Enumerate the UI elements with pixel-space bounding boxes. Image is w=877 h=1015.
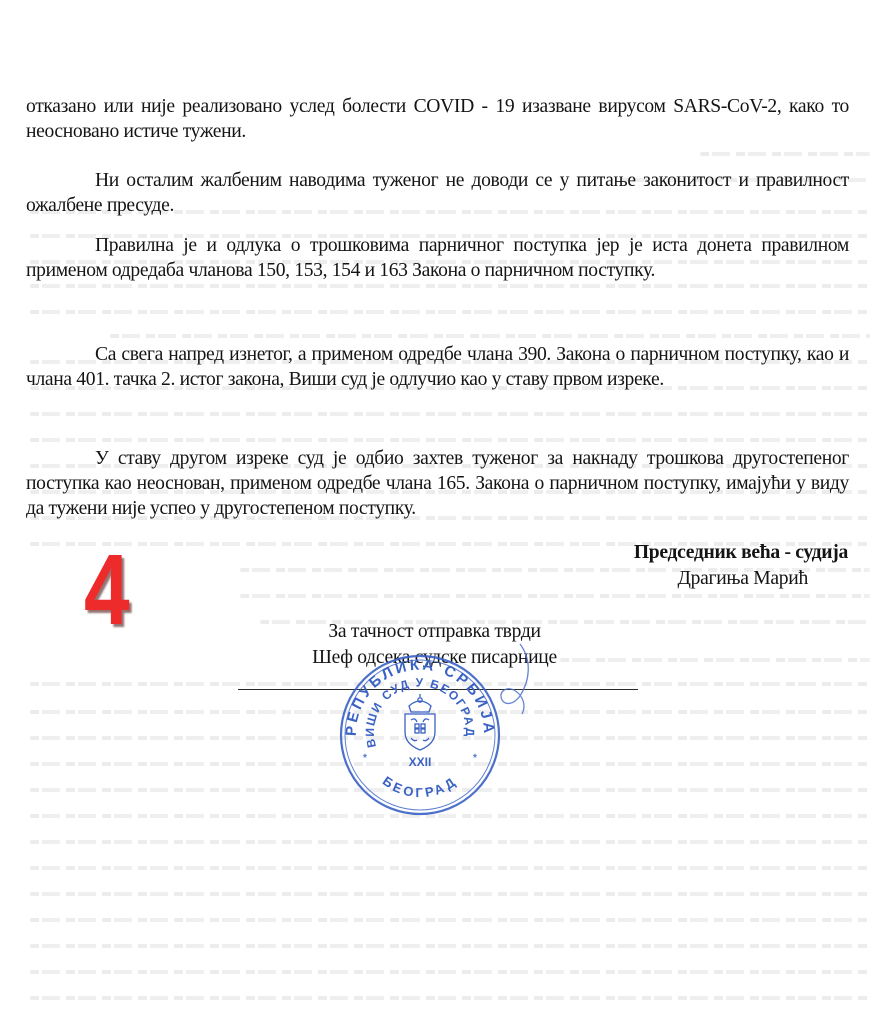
court-stamp-icon: РЕПУБЛИКА СРБИЈА ВИШИ СУД У БЕОГРАДУ БЕО… bbox=[335, 650, 505, 820]
svg-text:XXII: XXII bbox=[409, 755, 432, 769]
svg-text:*: * bbox=[473, 751, 478, 765]
paragraph-second-instance-costs: У ставу другом изреке суд је одбио захте… bbox=[26, 446, 849, 521]
judge-name: Драгиња Марић bbox=[678, 566, 808, 591]
document-page: отказано или није реализовано услед боле… bbox=[0, 0, 877, 1015]
svg-text:*: * bbox=[363, 751, 368, 765]
certification-line-1-text: За тачност отправка тврди bbox=[328, 621, 540, 642]
svg-text:БЕОГРАД: БЕОГРАД bbox=[380, 773, 460, 800]
certification-line-1: За тачност отправка тврди bbox=[0, 619, 877, 644]
paragraph-costs-decision: Правилна је и одлука о трошковима парнич… bbox=[26, 233, 849, 283]
paragraph-conclusion: Са свега напред изнетог, а применом одре… bbox=[26, 342, 849, 392]
judge-title: Председник већа - судија bbox=[634, 540, 848, 565]
paragraph-continuation: отказано или није реализовано услед боле… bbox=[26, 94, 849, 144]
paragraph-appeal-claims: Ни осталим жалбеним наводима туженог не … bbox=[26, 168, 849, 218]
